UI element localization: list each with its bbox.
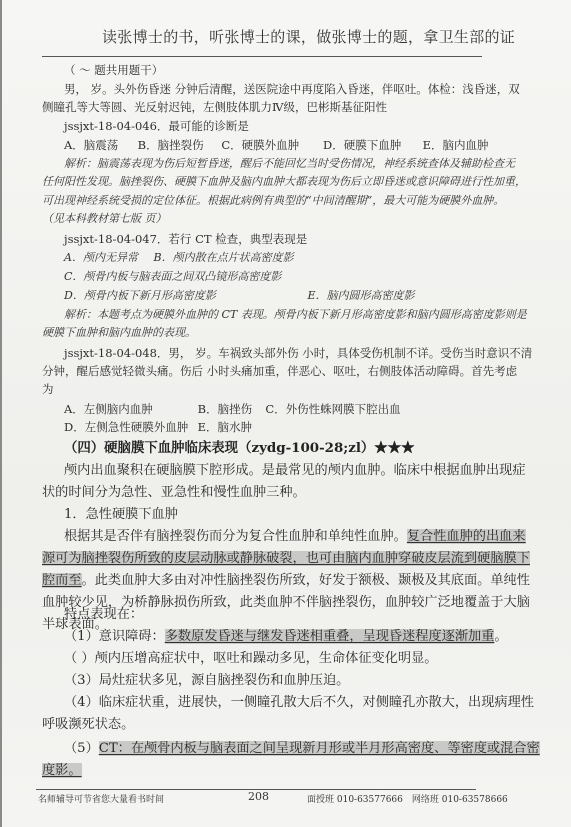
question-048-options-row-2: D．左侧急性硬膜外血肿 E．脑水肿 (64, 419, 484, 435)
option-e[interactable]: E．脑水肿 (198, 419, 252, 435)
option-a[interactable]: A．脑震荡 (64, 137, 134, 153)
case-stem-line-1: 男， 岁。头外伤昏迷 分钟后清醒，送医院途中再度陷入昏迷，伴呕吐。体检：浅昏迷，… (64, 81, 520, 97)
para-text: 。此类血肿大多由对冲性脑挫裂伤所致，好发于额极、颞极及其底面。单纯性 (82, 573, 530, 588)
question-048-prompt-line-2: 分钟，醒后感觉轻微头痛。伤后 小时头痛加重，伴恶心、呕吐，右侧肢体活动障碍。首先… (42, 363, 517, 379)
highlighted-text: 多数原发昏迷与继发昏迷相重叠，呈现昏迷程度逐渐加重 (165, 629, 495, 644)
option-a[interactable]: A．左侧脑内血肿 (64, 401, 194, 417)
case-stem-line-2: 侧瞳孔等大等圆、光反射迟钝，左侧肢体肌力Ⅳ级，巴彬斯基征阳性 (42, 99, 387, 115)
question-048-options-row-1: A．左侧脑内血肿 B．脑挫伤 C．外伤性蛛网膜下腔出血 (64, 401, 484, 417)
feature-4: （4）临床症状重，进展快，一侧瞳孔散大后不久，对侧瞳孔亦散大，出现病理性 (64, 692, 534, 714)
feature-label: 意识障碍： (99, 629, 165, 644)
highlighted-text: 度影。 (42, 763, 82, 778)
footer-right-text: 面授班 010-63577666 网络班 010-63578666 (307, 792, 508, 805)
analysis-047-line-2: 硬膜下血肿和脑内血肿的表现。 (42, 325, 196, 341)
para-line-3: 腔而至。此类血肿大多由对冲性脑挫裂伤所致，好发于额极、颞极及其底面。单纯性 (42, 570, 530, 592)
features-label: 特点表现在： (64, 604, 143, 626)
feature-3: （3）局灶症状多见，源自脑挫裂伤和血肿压迫。 (64, 670, 349, 692)
para-line-1: 根据其是否伴有脑挫裂伤而分为复合性血肿和单纯性血肿。复合性血肿的出血来 (64, 526, 526, 548)
option-c[interactable]: C．外伤性蛛网膜下腔出血 (265, 401, 400, 417)
option-a[interactable]: A．颅内无异常 (64, 250, 150, 266)
feature-number: （4） (64, 695, 99, 710)
feature-number: （1） (64, 629, 99, 644)
option-d[interactable]: D．左侧急性硬膜外血肿 (64, 419, 194, 435)
footer-left-text: 名师辅导可节省您大量看书时间 (38, 792, 164, 805)
feature-4-cont: 呼吸濒死状态。 (42, 714, 134, 736)
case-stem-label: （ ～ 题共用题干） (64, 62, 163, 78)
analysis-046-line-2: 任何阳性发现。脑挫裂伤、硬膜下血肿及脑内血肿大都表现为伤后立即昏迷或意识障碍进行… (42, 174, 526, 190)
feature-number: （3） (64, 673, 99, 688)
analysis-046-line-3: 可出现神经系统受损的定位体征。根据此病例有典型的“中间清醒期”，最大可能为硬膜外… (42, 193, 504, 209)
option-c[interactable]: C．硬膜外血肿 (221, 137, 319, 153)
analysis-046-line-1: 解析：脑震荡表现为伤后短暂昏迷，醒后不能回忆当时受伤情况，神经系统查体及辅助检查… (64, 156, 515, 172)
feature-5-cont: 度影。 (42, 760, 82, 782)
option-d[interactable]: D．颅骨内板下新月形高密度影 (64, 288, 304, 304)
highlighted-text: 源可为脑挫裂伤所致的皮层动脉或静脉破裂，也可由脑内血肿穿破皮层流到硬脑膜下 (42, 551, 530, 566)
feature-tail: 。 (494, 629, 507, 644)
option-b[interactable]: B．脑挫裂伤 (138, 137, 218, 153)
option-b[interactable]: B．脑挫伤 (198, 401, 262, 417)
question-048-prompt-line-1: jssjxt-18-04-048．男， 岁。车祸致头部外伤 小时，具体受伤机制不… (64, 345, 532, 361)
feature-text: 颅内压增高症状中，呕吐和躁动多见，生命体征变化明显。 (95, 651, 438, 666)
analysis-046-line-4: （见本科教材第七版 页） (42, 211, 167, 227)
question-047-prompt: jssjxt-18-04-047．若行 CT 检查，典型表现是 (64, 231, 307, 247)
feature-number: （ ） (64, 651, 95, 666)
option-e[interactable]: E．脑内血肿 (423, 137, 489, 153)
question-047-options-row-3: D．颅骨内板下新月形高密度影 E．脑内圆形高密度影 (64, 288, 484, 304)
option-d[interactable]: D．硬膜下血肿 (323, 137, 419, 153)
feature-text: 临床症状重，进展快，一侧瞳孔散大后不久，对侧瞳孔亦散大，出现病理性 (99, 695, 534, 710)
feature-1: （1）意识障碍：多数原发昏迷与继发昏迷相重叠，呈现昏迷程度逐渐加重。 (64, 626, 508, 648)
option-c[interactable]: C．颅骨内板与脑表面之间双凸镜形高密度影 (64, 269, 281, 285)
feature-2: （ ）颅内压增高症状中，呕吐和躁动多见，生命体征变化明显。 (64, 648, 437, 670)
page-number: 208 (248, 790, 269, 803)
para-text: 根据其是否伴有脑挫裂伤而分为复合性血肿和单纯性血肿。 (64, 529, 407, 544)
question-046-prompt: jssjxt-18-04-046．最可能的诊断是 (64, 118, 249, 134)
page-header-title: 读张博士的书，听张博士的课，做张博士的题，拿卫生部的证 (102, 26, 502, 47)
feature-text: 局灶症状多见，源自脑挫裂伤和血肿压迫。 (99, 673, 350, 688)
feature-5: （5）CT：在颅骨内板与脑表面之间呈现新月形或半月形高密度、等密度或混合密 (64, 738, 540, 760)
question-048-prompt-line-3: 为 (42, 381, 54, 397)
analysis-047-line-1: 解析：本题考点为硬膜外血肿的 CT 表现。颅骨内板下新月形高密度影和脑内圆形高密… (64, 307, 527, 323)
section-intro-line-2: 状的时间分为急性、亚急性和慢性血肿三种。 (42, 482, 306, 504)
option-e[interactable]: E．脑内圆形高密度影 (308, 288, 415, 304)
header-divider (42, 56, 482, 57)
document-page: 读张博士的书，听张博士的课，做张博士的题，拿卫生部的证 （ ～ 题共用题干） 男… (0, 0, 571, 827)
section-heading: （四）硬脑膜下血肿临床表现（zydg-100-28;zl）★★★ (64, 437, 414, 459)
question-046-options: A．脑震荡 B．脑挫裂伤 C．硬膜外血肿 D．硬膜下血肿 E．脑内血肿 (64, 137, 524, 153)
highlighted-text: 复合性血肿的出血来 (407, 529, 526, 544)
question-047-options-row-1: A．颅内无异常 B．颅内散在点片状高密度影 (64, 250, 294, 266)
para-line-2: 源可为脑挫裂伤所致的皮层动脉或静脉破裂，也可由脑内血肿穿破皮层流到硬脑膜下 (42, 548, 530, 570)
feature-number: （5） (64, 741, 99, 756)
highlighted-text: 腔而至 (42, 573, 82, 588)
section-intro-line-1: 颅内出血聚积在硬脑膜下腔形成。是最常见的颅内血肿。临床中根据血肿出现症 (64, 460, 526, 482)
sub-heading-acute-subdural: 1．急性硬膜下血肿 (64, 504, 178, 526)
highlighted-text: CT：在颅骨内板与脑表面之间呈现新月形或半月形高密度、等密度或混合密 (99, 741, 540, 756)
option-b[interactable]: B．颅内散在点片状高密度影 (154, 250, 294, 266)
